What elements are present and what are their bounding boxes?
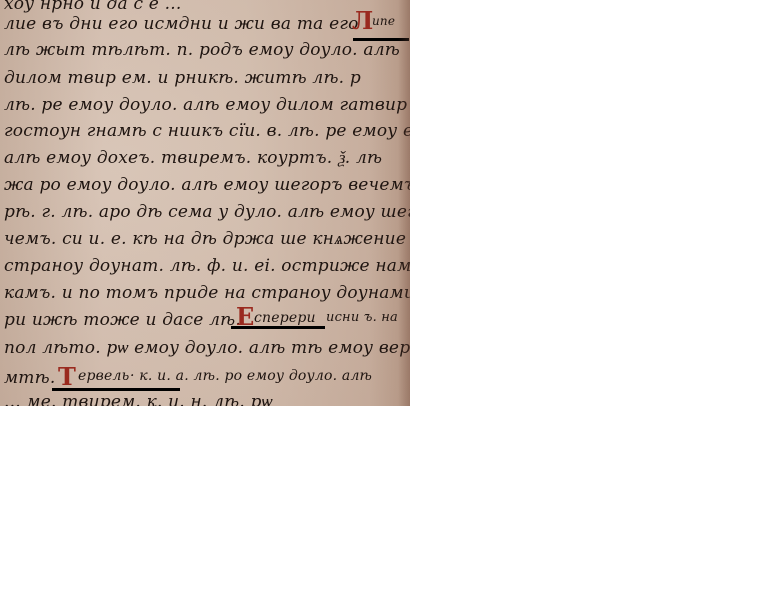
text-line-12: камъ. и по томъ приде на страноу доунами: [4, 283, 410, 303]
text-line-16: ... ме. твирем. к. и. н. лѣ. рѡ: [4, 392, 273, 406]
underline-initial-e: [231, 326, 325, 329]
text-line-8: жа ро емоу доуло. алѣ емоу шегоръ вечемъ: [4, 175, 410, 195]
initial-l-continuation: ипе: [372, 14, 395, 28]
initial-e-suffix: исни ъ. на: [326, 310, 398, 325]
red-initial-t: Т: [58, 362, 76, 391]
text-line-9: рѣ. г. лѣ. аро дѣ сема у дуло. алѣ емоу …: [4, 202, 410, 222]
text-line-2: лие въ дни его исмдни и жи ва та его: [4, 14, 359, 34]
text-line-4: дилом твир ем. и рникѣ. житѣ лѣ. р: [4, 68, 361, 88]
text-line-7: алѣ емоу дохеъ. твиремъ. коуртъ. ѯ. лѣ: [4, 148, 382, 168]
red-initial-l: Л: [352, 6, 373, 35]
initial-t-continuation: ервель: [78, 368, 129, 384]
text-line-10: чемъ. си и. е. кѣ на дѣ држа ше кнѧжение: [4, 229, 406, 249]
text-line-13: ри ижѣ тоже и дасе лѣ.: [4, 310, 241, 330]
text-line-3: лѣ жыт тѣлѣт. п. родъ емоу доуло. алѣ: [4, 40, 400, 60]
text-line-15: мтѣ.: [4, 368, 55, 388]
text-line-5: лѣ. ре емоу доуло. алѣ емоу дилом гатвир: [4, 95, 407, 115]
text-line-1: хоу нрно и да с е ...: [4, 0, 181, 14]
text-line-6: гостоун гнамѣ с ниикъ сїи. в. лѣ. ре емо…: [4, 121, 410, 141]
text-line-11: страноу доунат. лѣ. ф. и. еі. остриже на…: [4, 256, 410, 276]
initial-t-suffix: · к. и. а. лѣ. ро емоу доуло. алѣ: [130, 368, 372, 384]
underline-initial-t: [52, 388, 180, 391]
initial-e-continuation: сперери: [254, 310, 316, 326]
text-line-14: пол лѣто. рѡ емоу доуло. алѣ тѣ емоу вер: [4, 338, 410, 358]
manuscript-page: хоу нрно и да с е ... лие въ дни его исм…: [0, 0, 410, 406]
